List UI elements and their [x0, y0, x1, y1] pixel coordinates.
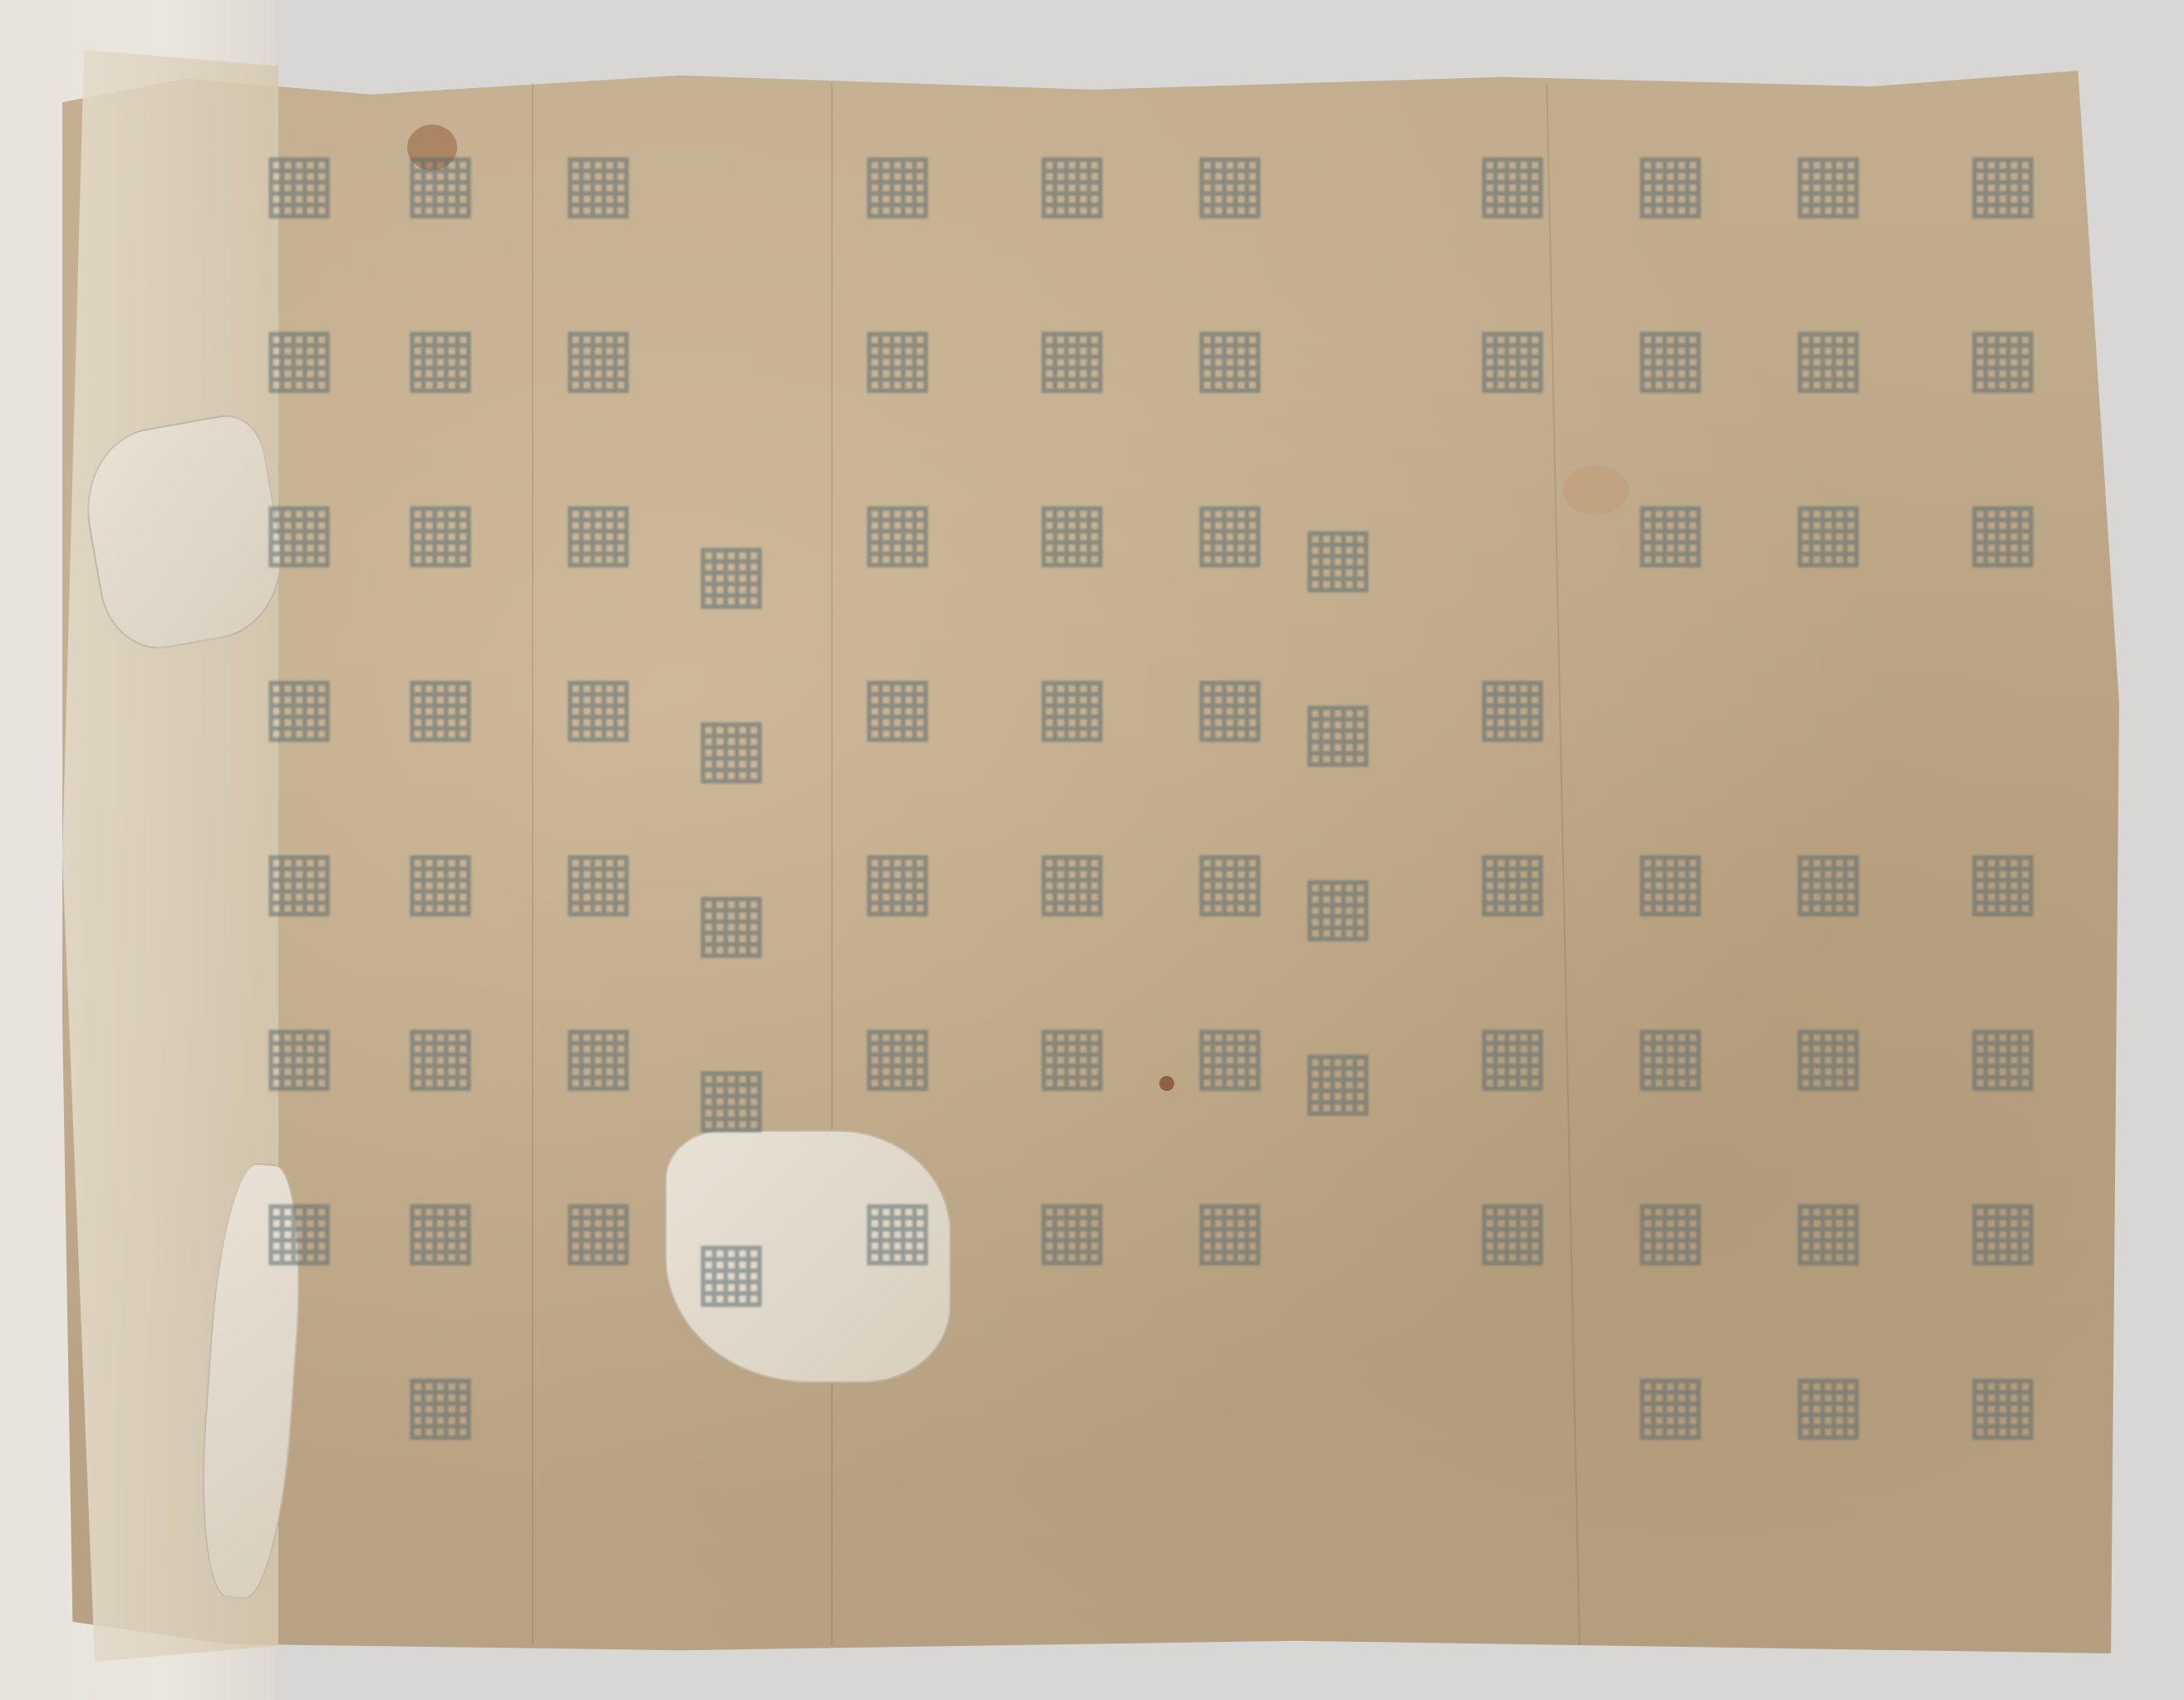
faded-character: ▦ [403, 1188, 479, 1363]
faded-character: ▦ [860, 316, 936, 490]
faded-character: ▦ [1791, 839, 1867, 1014]
faded-character: ▦ [1301, 864, 1376, 1039]
faded-character: ▦ [1791, 1014, 1867, 1188]
faded-character: ▦ [694, 706, 770, 881]
faded-character: ▦ [1791, 141, 1867, 316]
faded-character: ▦ [561, 665, 637, 839]
faded-character: ▦ [1791, 490, 1867, 665]
faded-character: ▦ [561, 1188, 637, 1363]
faded-character: ▦ [1035, 1014, 1110, 1188]
faded-character: ▦ [1965, 1014, 2041, 1188]
faded-character: ▦ [403, 665, 479, 839]
faded-character: ▦ [860, 839, 936, 1014]
faded-character: ▦ [262, 665, 337, 839]
faded-character: ▦ [1035, 316, 1110, 490]
crease-line [831, 83, 833, 1645]
faded-character: ▦ [1965, 1363, 2041, 1537]
faded-character: ▦ [1475, 665, 1551, 839]
faded-character: ▦ [1301, 1039, 1376, 1213]
faded-character: ▦ [1633, 1188, 1709, 1363]
faded-character: ▦ [1035, 141, 1110, 316]
faded-character: ▦ [1193, 316, 1268, 490]
text-column: ▦▦▦▦▦ [681, 532, 781, 1404]
faded-character: ▦ [694, 1055, 770, 1230]
text-column: ▦▦▦▦▦▦▦ [1022, 141, 1122, 1363]
faded-character: ▦ [403, 490, 479, 665]
faded-character: ▦ [1475, 1188, 1551, 1363]
faded-character: ▦ [1301, 690, 1376, 864]
faded-character: ▦ [262, 141, 337, 316]
faded-character: ▦ [1633, 839, 1709, 1014]
faded-character: ▦ [1035, 1188, 1110, 1363]
faded-character: ▦ [403, 1363, 479, 1537]
faded-character: ▦ [561, 316, 637, 490]
faded-character: ▦ [1193, 839, 1268, 1014]
faded-character: ▦ [1965, 141, 2041, 316]
faded-character: ▦ [561, 839, 637, 1014]
faded-character: ▦ [860, 490, 936, 665]
faded-character: ▦ [1791, 1188, 1867, 1363]
text-column: ▦▦▦▦▦▦▦ [249, 141, 349, 1363]
faded-character: ▦ [1035, 490, 1110, 665]
faded-character: ▦ [403, 1014, 479, 1188]
faded-character: ▦ [1035, 665, 1110, 839]
faded-character: ▦ [403, 141, 479, 316]
text-column: ▦▦▦▦▦▦▦ [848, 141, 947, 1363]
faded-character: ▦ [1633, 316, 1709, 490]
faded-character: ▦ [1193, 665, 1268, 839]
faded-character: ▦ [694, 881, 770, 1055]
faded-character: ▦ [1475, 839, 1551, 1014]
faded-character: ▦ [1965, 316, 2041, 490]
faded-character: ▦ [860, 141, 936, 316]
faded-character: ▦ [1633, 490, 1709, 665]
text-column: ▦▦▦ ▦▦▦▦ [1778, 141, 1878, 1537]
text-column: ▦▦▦ ▦▦▦▦ [1953, 141, 2053, 1537]
faded-character: ▦ [561, 490, 637, 665]
faded-character: ▦ [1193, 1188, 1268, 1363]
faded-character: ▦ [860, 665, 936, 839]
faded-character: ▦ [403, 839, 479, 1014]
faded-character: ▦ [1965, 839, 2041, 1014]
stain [1562, 465, 1629, 515]
faded-character: ▦ [694, 1230, 770, 1404]
text-column: ▦▦▦▦▦▦▦ [548, 141, 648, 1363]
faded-character: ▦ [1301, 515, 1376, 690]
faded-character: ▦ [860, 1188, 936, 1363]
faded-character: ▦ [1193, 1014, 1268, 1188]
faded-character: ▦ [1475, 316, 1551, 490]
faded-character: ▦ [1035, 839, 1110, 1014]
faded-character: ▦ [1965, 490, 2041, 665]
faded-character: ▦ [1791, 316, 1867, 490]
faded-character: ▦ [1791, 1363, 1867, 1537]
crease-line [532, 83, 534, 1645]
faded-character: ▦ [1965, 1188, 2041, 1363]
faded-character: ▦ [262, 490, 337, 665]
faded-character: ▦ [262, 839, 337, 1014]
faded-character: ▦ [1633, 1363, 1709, 1537]
text-column: ▦▦▦ ▦▦▦▦ [1621, 141, 1720, 1537]
faded-character: ▦ [1193, 141, 1268, 316]
text-column: ▦▦ ▦▦▦▦ [1463, 141, 1562, 1363]
faded-character: ▦ [262, 316, 337, 490]
faded-character: ▦ [694, 532, 770, 706]
faded-character: ▦ [561, 1014, 637, 1188]
faded-character: ▦ [262, 1014, 337, 1188]
faded-character: ▦ [403, 316, 479, 490]
text-column: ▦▦▦▦▦▦▦ [1180, 141, 1280, 1363]
stain [1159, 1076, 1174, 1091]
text-column: ▦▦▦▦ [1288, 515, 1388, 1213]
faded-character: ▦ [860, 1014, 936, 1188]
faded-character: ▦ [1193, 490, 1268, 665]
faded-character: ▦ [262, 1188, 337, 1363]
text-column: ▦▦▦▦▦▦▦▦ [391, 141, 490, 1537]
faded-character: ▦ [1475, 1014, 1551, 1188]
faded-character: ▦ [1633, 1014, 1709, 1188]
faded-character: ▦ [1475, 141, 1551, 316]
faded-character: ▦ [561, 141, 637, 316]
faded-character: ▦ [1633, 141, 1709, 316]
